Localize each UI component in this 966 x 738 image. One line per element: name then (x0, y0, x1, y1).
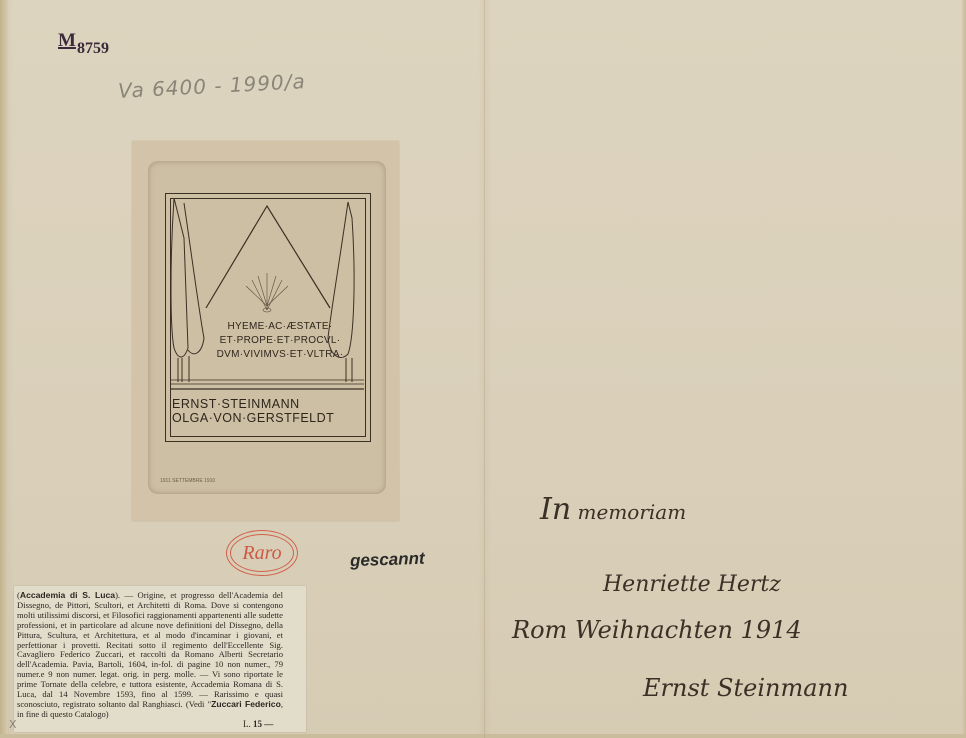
pencil-mark: X (9, 718, 17, 731)
scanned-stamp: gescannt (350, 549, 425, 572)
catalog-price: L. 15 — (243, 719, 273, 729)
page-right-edge (962, 0, 966, 738)
dedication-signature: Ernst Steinmann (643, 674, 848, 702)
inventory-stamp: M 8759 (58, 30, 109, 52)
catalog-entry-body: ). — Origine, et progresso dell'Academia… (17, 590, 283, 709)
bookplate-owner-2: OLGA·VON·GERSTFELDT (172, 411, 334, 425)
catalog-entry-xref: Zuccari Federico (211, 699, 281, 709)
page-bottom-edge (0, 734, 966, 738)
dedication-line-3: Rom Weihnachten 1914 (512, 616, 802, 644)
dedication-memoriam: memoriam (571, 500, 686, 524)
price-value: 15 — (253, 719, 273, 729)
inventory-prefix: M (58, 30, 76, 52)
bookplate-motto-line-2: ET·PROPE·ET·PROCVL· (200, 334, 360, 347)
bookplate-artist-signature: 1911 SETTEMBRE 1910 (160, 478, 215, 484)
page-fold (484, 0, 485, 738)
bookplate-motto-line-3: DVM·VIVIMVS·ET·VLTRA· (200, 348, 360, 361)
bookplate-motto-line-1: HYEME·AC·ÆSTATE· (200, 320, 360, 333)
catalog-entry-title: Accademia di S. Luca (20, 590, 115, 600)
dedication-initial: In (540, 492, 571, 527)
raro-stamp-text: Raro (242, 542, 281, 565)
catalog-entry-text: (Accademia di S. Luca). — Origine, et pr… (17, 591, 283, 720)
bookplate-owner-1: ERNST·STEINMANN (172, 397, 300, 411)
raro-stamp: Raro (226, 530, 298, 576)
inventory-number: 8759 (77, 40, 109, 58)
dedication-line-1: In memoriam (540, 492, 686, 527)
page-left-edge (0, 0, 8, 738)
dedication-line-2: Henriette Hertz (603, 572, 781, 597)
price-prefix: L. (243, 719, 251, 729)
